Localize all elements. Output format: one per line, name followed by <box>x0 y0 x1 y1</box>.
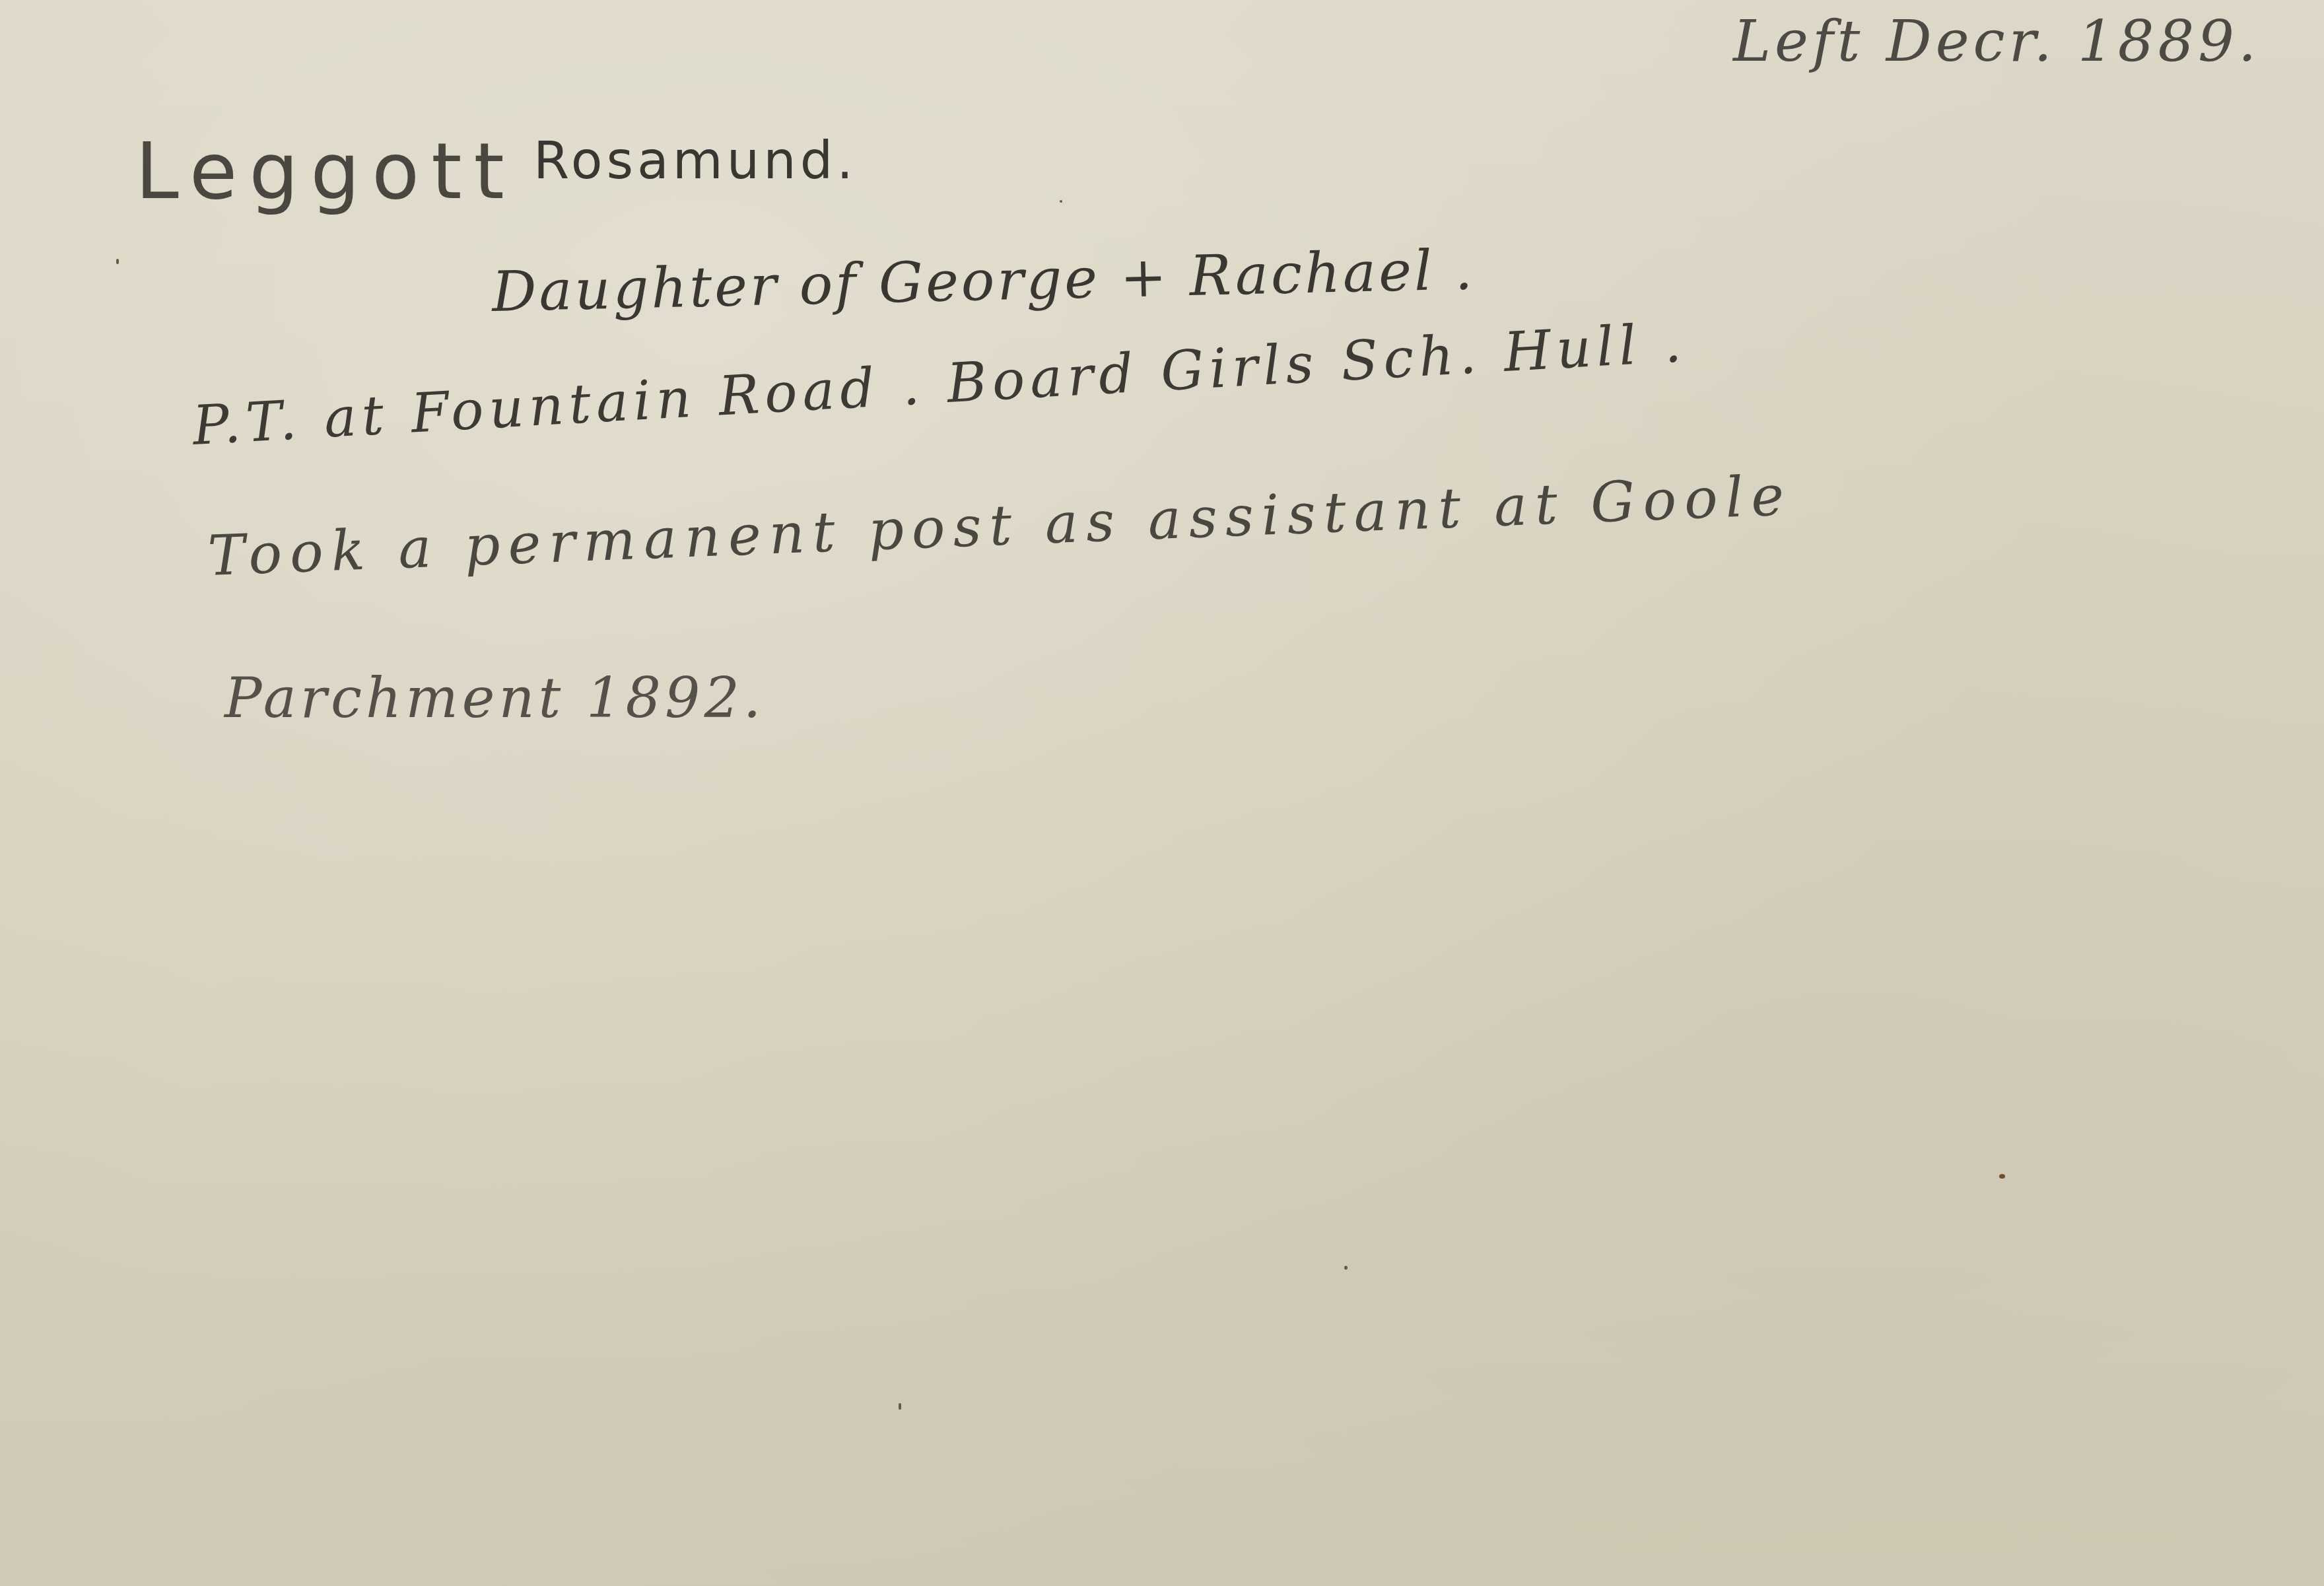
surname: Leggott <box>135 132 516 210</box>
record-card: Left Decr. 1889. Leggott Rosamund. Daugh… <box>0 0 2324 1586</box>
paper-speck <box>1999 1174 2005 1179</box>
parchment-line: Parchment 1892. <box>224 670 765 726</box>
appointment-line: P.T. at Fountain Road . Board Girls Sch.… <box>191 316 1688 454</box>
permanent-post-line: Took a permanent post as assistant at Go… <box>207 467 1793 584</box>
parents-line: Daughter of George + Rachael . <box>491 242 1476 320</box>
paper-speck <box>116 259 119 264</box>
paper-speck <box>899 1403 901 1410</box>
paper-speck <box>1060 200 1062 203</box>
left-date-note: Left Decr. 1889. <box>1733 13 2260 70</box>
forename: Rosamund. <box>533 135 857 187</box>
paper-speck <box>1344 1266 1348 1270</box>
